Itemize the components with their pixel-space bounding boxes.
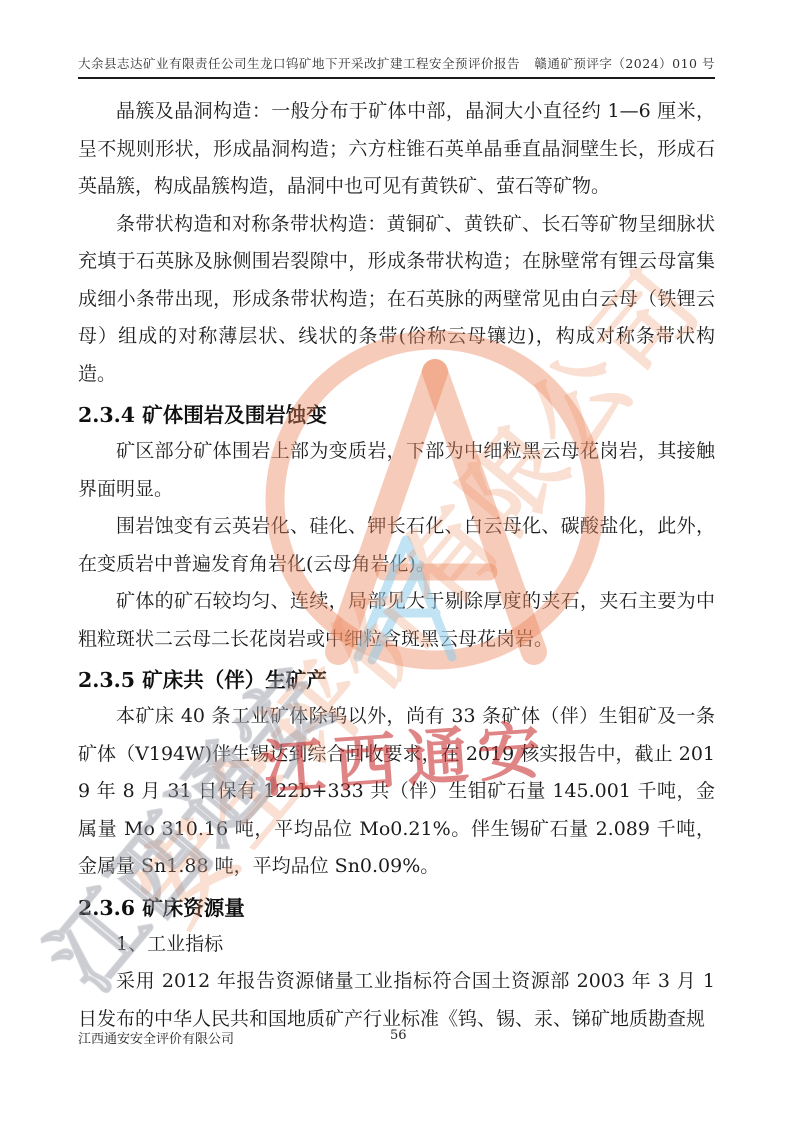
- footer-company-name: 江西通安安全评价有限公司: [78, 1028, 234, 1047]
- header-report-title: 大余县志达矿业有限责任公司生龙口钨矿地下开采改扩建工程安全预评价报告: [78, 54, 520, 72]
- paragraph-industrial-index-label: 1、工业指标: [78, 926, 715, 964]
- paragraph-ore-uniformity: 矿体的矿石较均匀、连续，局部见大于剔除厚度的夹石，夹石主要为中粗粒斑状二云母二长…: [78, 583, 715, 658]
- paragraph-associated-minerals: 本矿床 40 条工业矿体除钨以外，尚有 33 条矿体（伴）生钼矿及一条矿体（V1…: [78, 698, 715, 886]
- page-header: 大余县志达矿业有限责任公司生龙口钨矿地下开采改扩建工程安全预评价报告 赣通矿预评…: [78, 0, 715, 72]
- paragraph-crystal-druse-structure: 晶簇及晶洞构造：一般分布于矿体中部，晶洞大小直径约 1—6 厘米，呈不规则形状，…: [78, 93, 715, 206]
- paragraph-alteration: 围岩蚀变有云英岩化、硅化、钾长石化、白云母化、碳酸盐化，此外，在变质岩中普遍发育…: [78, 508, 715, 583]
- document-body: 晶簇及晶洞构造：一般分布于矿体中部，晶洞大小直径约 1—6 厘米，呈不规则形状，…: [78, 93, 715, 1038]
- document-page: 大余县志达矿业有限责任公司生龙口钨矿地下开采改扩建工程安全预评价报告 赣通矿预评…: [0, 0, 793, 1122]
- paragraph-wall-rock: 矿区部分矿体围岩上部为变质岩，下部为中细粒黑云母花岗岩，其接触界面明显。: [78, 433, 715, 508]
- paragraph-industrial-index-detail: 采用 2012 年报告资源储量工业指标符合国土资源部 2003 年 3 月 1 …: [78, 963, 715, 1038]
- section-heading-2-3-4: 2.3.4 矿体围岩及围岩蚀变: [78, 401, 715, 429]
- header-document-number: 赣通矿预评字（2024）010 号: [534, 54, 715, 72]
- section-heading-2-3-5: 2.3.5 矿床共（伴）生矿产: [78, 666, 715, 694]
- paragraph-banded-structure: 条带状构造和对称条带状构造：黄铜矿、黄铁矿、长石等矿物呈细脉状充填于石英脉及脉侧…: [78, 206, 715, 394]
- header-rule: [78, 77, 715, 79]
- section-heading-2-3-6: 2.3.6 矿床资源量: [78, 894, 715, 922]
- footer-page-number: 56: [390, 1028, 407, 1043]
- page-content: 大余县志达矿业有限责任公司生龙口钨矿地下开采改扩建工程安全预评价报告 赣通矿预评…: [0, 0, 793, 1038]
